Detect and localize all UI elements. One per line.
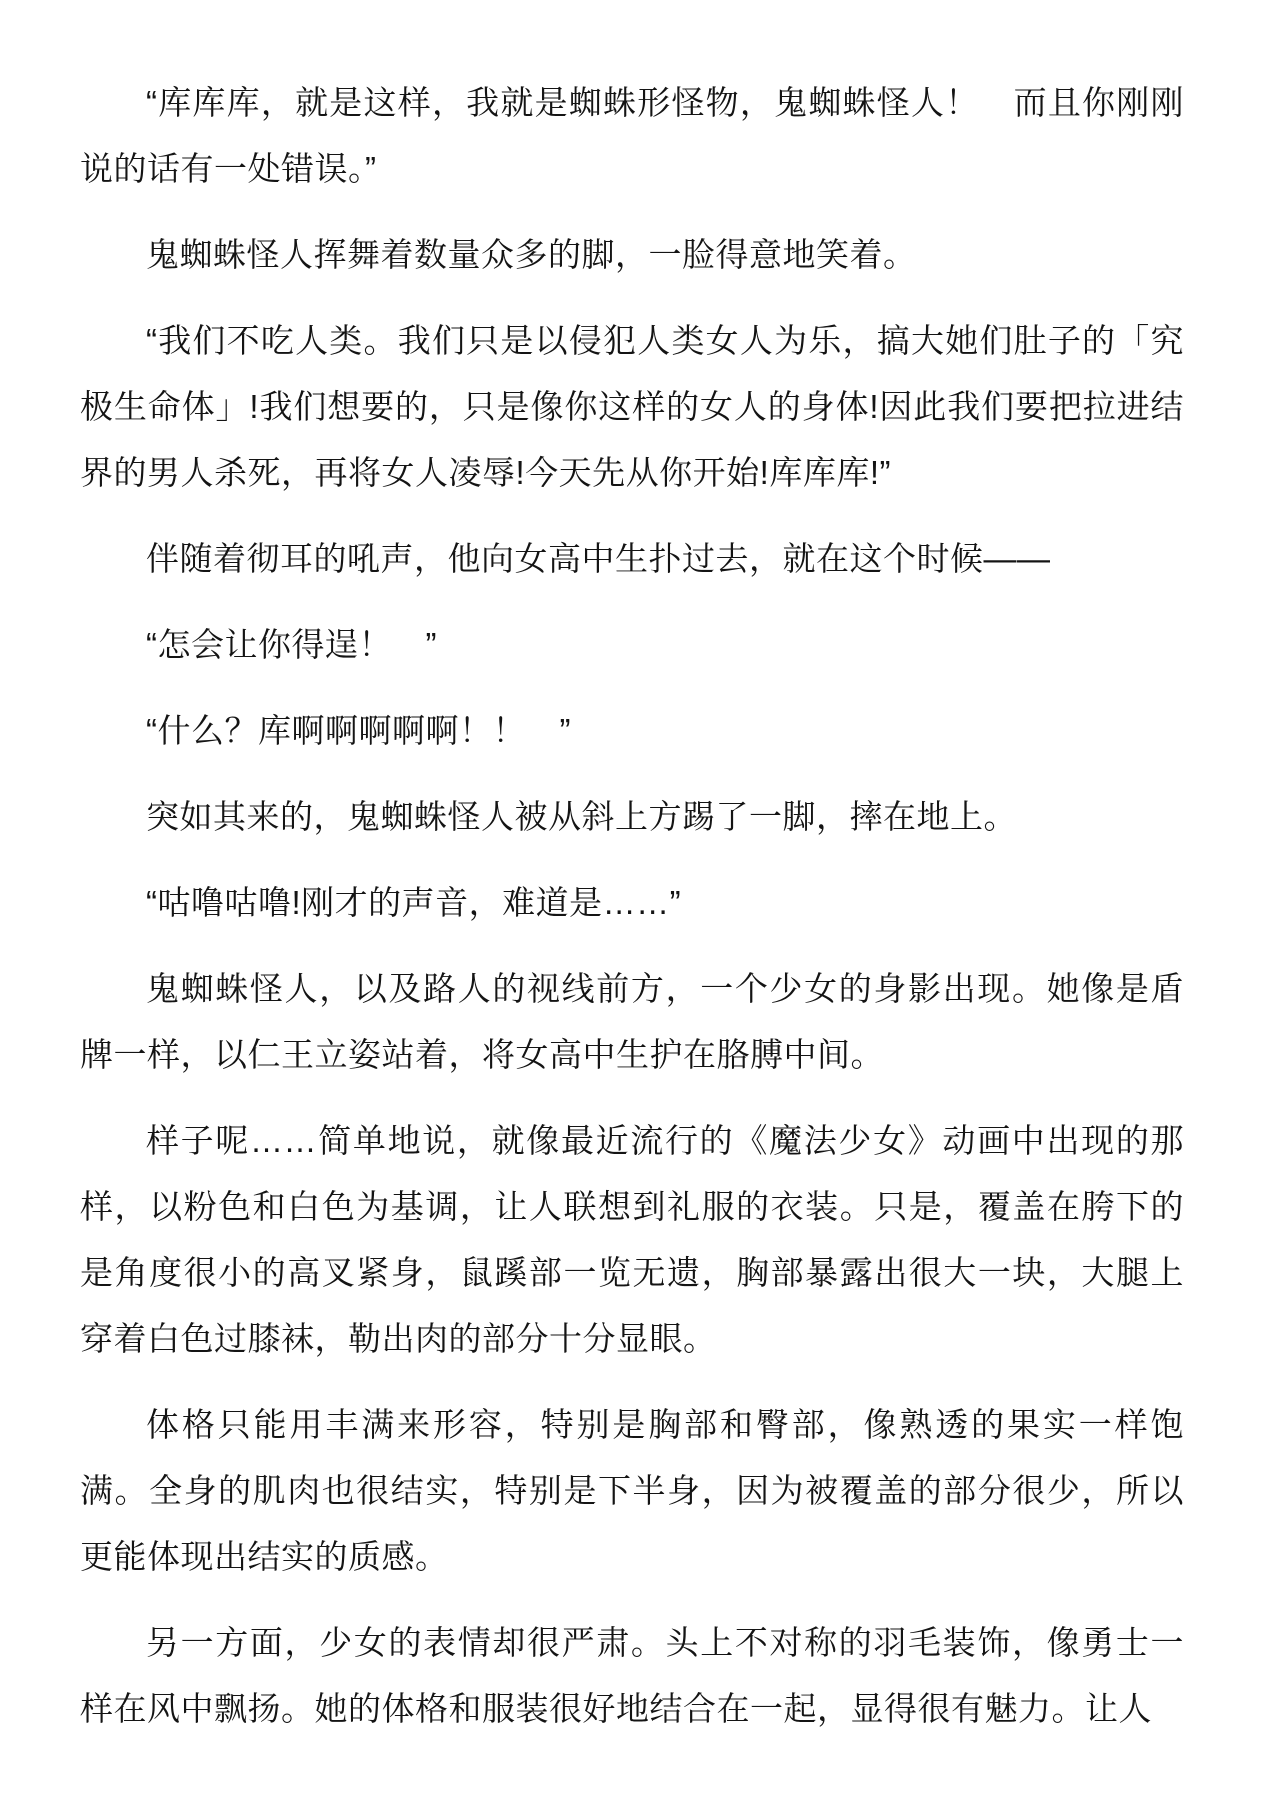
paragraph-dialogue: “我们不吃人类。我们只是以侵犯人类女人为乐，搞大她们肚子的「究极生命体」!我们想… — [80, 308, 1184, 506]
paragraph-narration: 体格只能用丰满来形容，特别是胸部和臀部，像熟透的果实一样饱满。全身的肌肉也很结实… — [80, 1392, 1184, 1590]
paragraph-dialogue: “什么？库啊啊啊啊啊！！ ” — [80, 698, 1184, 764]
paragraph-narration: 鬼蜘蛛怪人挥舞着数量众多的脚，一脸得意地笑着。 — [80, 222, 1184, 288]
paragraph-narration: 样子呢……简单地说，就像最近流行的《魔法少女》动画中出现的那样，以粉色和白色为基… — [80, 1108, 1184, 1372]
paragraph-narration: 伴随着彻耳的吼声，他向女高中生扑过去，就在这个时候—— — [80, 526, 1184, 592]
paragraph-narration: 鬼蜘蛛怪人，以及路人的视线前方，一个少女的身影出现。她像是盾牌一样，以仁王立姿站… — [80, 956, 1184, 1088]
paragraph-narration: 突如其来的，鬼蜘蛛怪人被从斜上方踢了一脚，摔在地上。 — [80, 784, 1184, 850]
paragraph-dialogue: “咕噜咕噜!刚才的声音，难道是……” — [80, 870, 1184, 936]
paragraph-narration: 另一方面，少女的表情却很严肃。头上不对称的羽毛装饰，像勇士一样在风中飘扬。她的体… — [80, 1610, 1184, 1742]
paragraph-dialogue: “怎会让你得逞！ ” — [80, 612, 1184, 678]
paragraph-dialogue: “库库库，就是这样，我就是蜘蛛形怪物，鬼蜘蛛怪人！ 而且你刚刚说的话有一处错误。… — [80, 70, 1184, 202]
novel-page: “库库库，就是这样，我就是蜘蛛形怪物，鬼蜘蛛怪人！ 而且你刚刚说的话有一处错误。… — [0, 0, 1280, 1810]
